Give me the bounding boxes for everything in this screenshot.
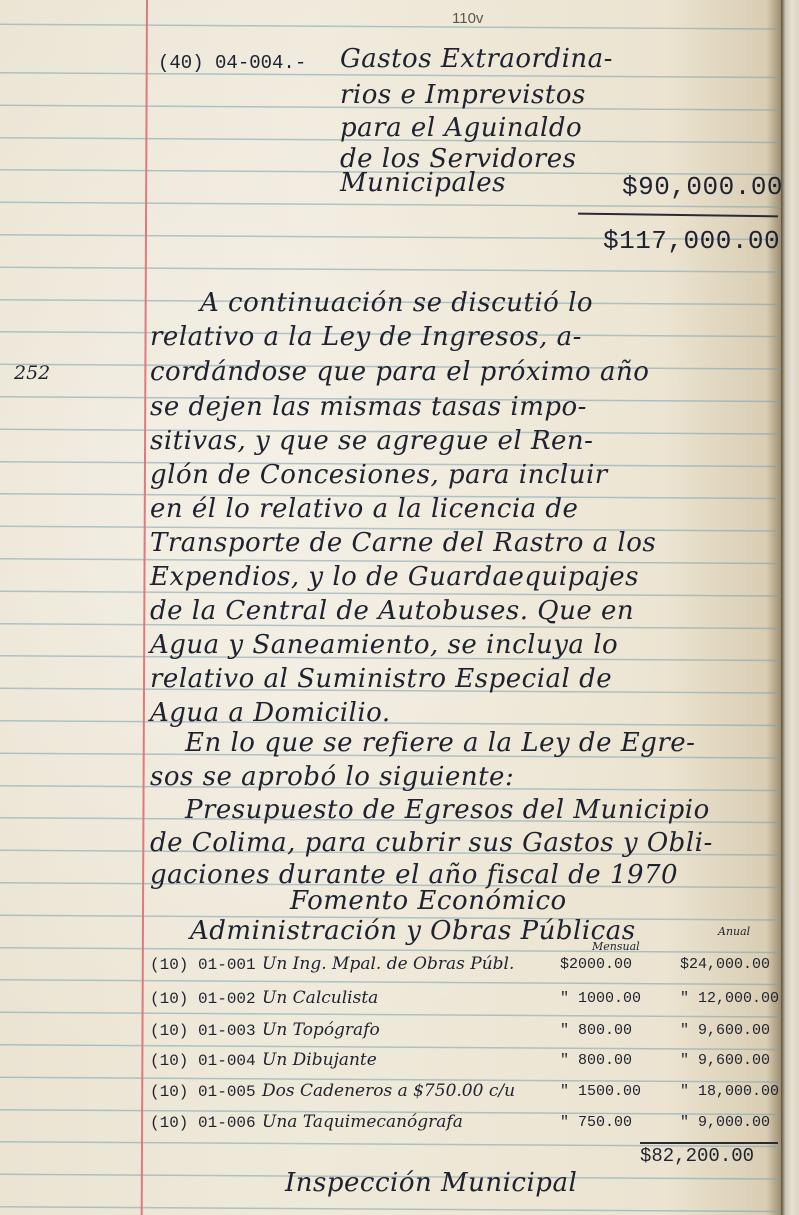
- row-monthly: " 1000.00: [560, 990, 641, 1007]
- column-header-annual: Anual: [718, 925, 750, 938]
- text-line: relativo al Suministro Especial de: [150, 664, 612, 694]
- row-monthly: " 750.00: [560, 1114, 632, 1131]
- row-description: Un Dibujante: [262, 1050, 377, 1070]
- entry-desc-line: para el Aguinaldo: [340, 113, 582, 143]
- budget-row: (10) 01-001 Un Ing. Mpal. de Obras Públ.…: [150, 956, 780, 984]
- folio-number: 110v: [452, 10, 483, 27]
- text-line: Agua a Domicilio.: [150, 698, 391, 728]
- row-description: Dos Cadeneros a $750.00 c/u: [262, 1081, 515, 1101]
- text-line: Transporte de Carne del Rastro a los: [150, 528, 656, 558]
- column-header-monthly: Mensual: [592, 940, 640, 953]
- row-code: (10) 01-001: [150, 956, 256, 974]
- row-description: Un Calculista: [262, 988, 378, 1008]
- entry-desc-line: Gastos Extraordina-: [340, 44, 613, 74]
- row-code: (10) 01-005: [150, 1083, 256, 1101]
- entry-code: (40) 04-004.-: [158, 52, 306, 74]
- entry-amount: $90,000.00: [622, 172, 783, 202]
- row-code: (10) 01-003: [150, 1022, 256, 1040]
- row-description: Una Taquimecanógrafa: [262, 1112, 463, 1132]
- row-monthly: " 800.00: [560, 1052, 632, 1069]
- entry-desc-line: Municipales: [340, 168, 506, 198]
- budget-row: (10) 01-003 Un Topógrafo " 800.00 " 9,60…: [150, 1022, 780, 1050]
- text-line: Expendios, y lo de Guardaequipajes: [150, 562, 639, 592]
- row-annual: " 9,000.00: [680, 1114, 770, 1131]
- text-line: se dejen las mismas tasas impo-: [150, 392, 587, 422]
- margin-note: 252: [14, 362, 50, 384]
- entry-subtotal: $117,000.00: [603, 226, 780, 256]
- row-monthly: " 800.00: [560, 1022, 632, 1039]
- text-line: Presupuesto de Egresos del Municipio: [185, 795, 710, 825]
- text-line: de Colima, para cubrir sus Gastos y Obli…: [150, 828, 713, 858]
- text-line: A continuación se discutió lo: [200, 288, 593, 318]
- budget-total: $82,200.00: [640, 1145, 754, 1167]
- entry-desc-line: rios e Imprevistos: [340, 80, 586, 110]
- sum-rule: [640, 1142, 778, 1144]
- row-code: (10) 01-002: [150, 990, 256, 1008]
- section-title: Fomento Económico: [290, 886, 567, 916]
- text-line: cordándose que para el próximo año: [150, 357, 649, 387]
- binding-gutter: [781, 0, 799, 1215]
- text-line: en él lo relativo a la licencia de: [150, 494, 578, 524]
- row-annual: " 12,000.00: [680, 990, 779, 1007]
- subsection-title: Administración y Obras Públicas: [190, 916, 636, 946]
- budget-row: (10) 01-005 Dos Cadeneros a $750.00 c/u …: [150, 1083, 780, 1111]
- row-code: (10) 01-006: [150, 1114, 256, 1132]
- text-line: relativo a la Ley de Ingresos, a-: [150, 322, 582, 352]
- row-description: Un Ing. Mpal. de Obras Públ.: [262, 954, 514, 974]
- row-monthly: " 1500.00: [560, 1083, 641, 1100]
- text-line: sitivas, y que se agregue el Ren-: [150, 426, 593, 456]
- next-section-title: Inspección Municipal: [285, 1168, 577, 1198]
- row-code: (10) 01-004: [150, 1052, 256, 1070]
- ledger-page: 110v (40) 04-004.- Gastos Extraordina- r…: [0, 0, 782, 1215]
- budget-row: (10) 01-006 Una Taquimecanógrafa " 750.0…: [150, 1114, 780, 1142]
- budget-row: (10) 01-004 Un Dibujante " 800.00 " 9,60…: [150, 1052, 780, 1080]
- row-annual: " 18,000.00: [680, 1083, 779, 1100]
- budget-row: (10) 01-002 Un Calculista " 1000.00 " 12…: [150, 990, 780, 1018]
- row-monthly: $2000.00: [560, 956, 632, 973]
- text-line: Agua y Saneamiento, se incluya lo: [150, 630, 618, 660]
- text-line: glón de Concesiones, para incluir: [150, 460, 608, 490]
- row-annual: " 9,600.00: [680, 1052, 770, 1069]
- text-line: sos se aprobó lo siguiente:: [150, 762, 514, 792]
- text-line: de la Central de Autobuses. Que en: [150, 596, 634, 626]
- text-line: En lo que se refiere a la Ley de Egre-: [185, 728, 695, 758]
- row-annual: $24,000.00: [680, 956, 770, 973]
- row-annual: " 9,600.00: [680, 1022, 770, 1039]
- row-description: Un Topógrafo: [262, 1020, 380, 1040]
